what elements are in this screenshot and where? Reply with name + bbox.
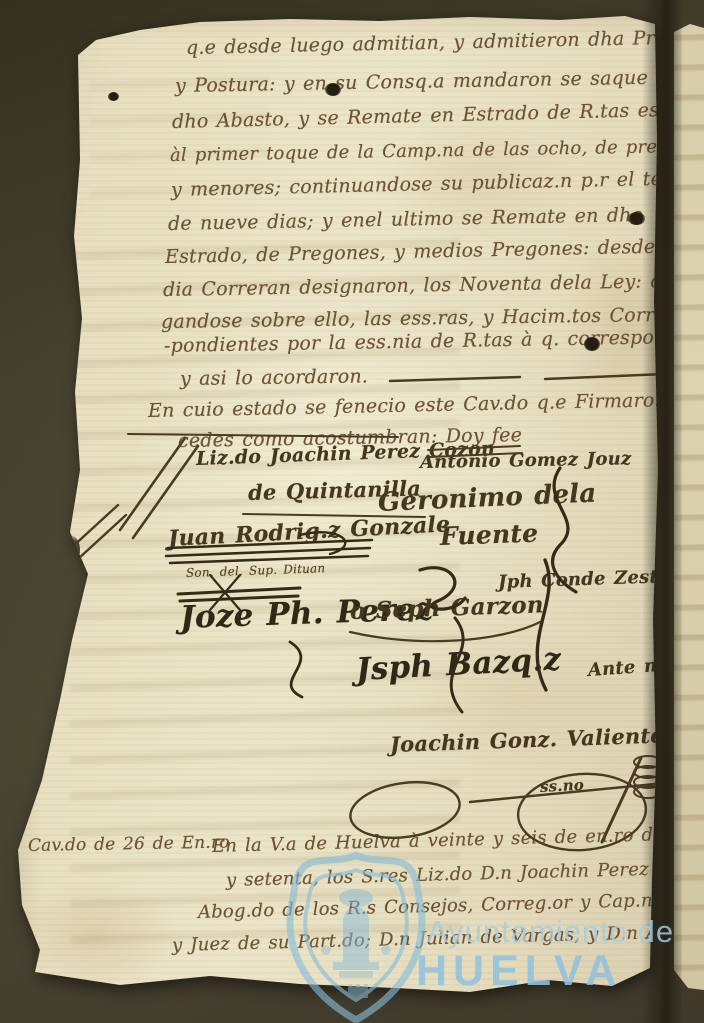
manuscript-line: Estrado, de Pregones, y medios Pregones:… — [165, 234, 704, 268]
manuscript-line: de nueve dias; y enel ultimo se Remate e… — [168, 204, 644, 235]
signature-seph-garzon: o Seph Garzon — [350, 591, 545, 625]
manuscript-line: y Postura: y en su Consq.a mandaron se s… — [175, 65, 704, 97]
ink-blot — [325, 83, 341, 96]
signature-antonio-gomez: Antonio Gomez Jouz — [420, 448, 632, 473]
paper-stain — [64, 536, 80, 564]
signature-joseph-bazquez: Jsph Bazq.z — [355, 641, 562, 688]
manuscript-line: En la V.a de Huelva à veinte y seis de e… — [212, 821, 704, 857]
page-gutter-shadow — [642, 0, 682, 1023]
manuscript-line: dia Correran designaron, los Noventa del… — [163, 270, 691, 301]
escribano-rubric-label: ss.no — [540, 776, 585, 796]
manuscript-line: y menores; continuandose su publicaz.n p… — [171, 167, 704, 201]
margin-note: Cav.do de 26 de En.ro — [28, 832, 230, 856]
signature-juan-rodriguez: Juan Rodrig.z Gonzale — [167, 511, 451, 552]
ink-blot — [108, 92, 119, 101]
manuscript-line: Abog.do de los R.s Consejos, Correg.or y… — [198, 886, 704, 923]
manuscript-line: àl primer toque de la Camp.na de las och… — [170, 134, 704, 166]
manuscript-line: q.e desde luego admitian, y admitieron d… — [186, 26, 704, 59]
manuscript-line: y asi lo acordaron. — [180, 365, 368, 390]
signature-fuente: Fuente — [439, 519, 538, 551]
manuscript-line: y setenta, los S.res Liz.do D.n Joachin … — [226, 854, 704, 891]
manuscript-page: q.e desde luego admitian, y admitieron d… — [0, 0, 704, 1023]
manuscript-line: y Juez de su Part.do; D.n Julian de Varg… — [172, 919, 704, 956]
ink-blot — [584, 337, 600, 351]
escribano-note: Son. del. Sup. Dituan — [186, 561, 326, 580]
manuscript-line: En cuio estado se fenecio este Cav.do q.… — [148, 387, 704, 422]
manuscript-line: dho Abasto, y se Remate en Estrado de R.… — [172, 97, 704, 133]
signature-gonzalez-valiente: Joachin Gonz. Valiente — [390, 722, 665, 757]
handwriting-layer: q.e desde luego admitian, y admitieron d… — [0, 0, 704, 1023]
